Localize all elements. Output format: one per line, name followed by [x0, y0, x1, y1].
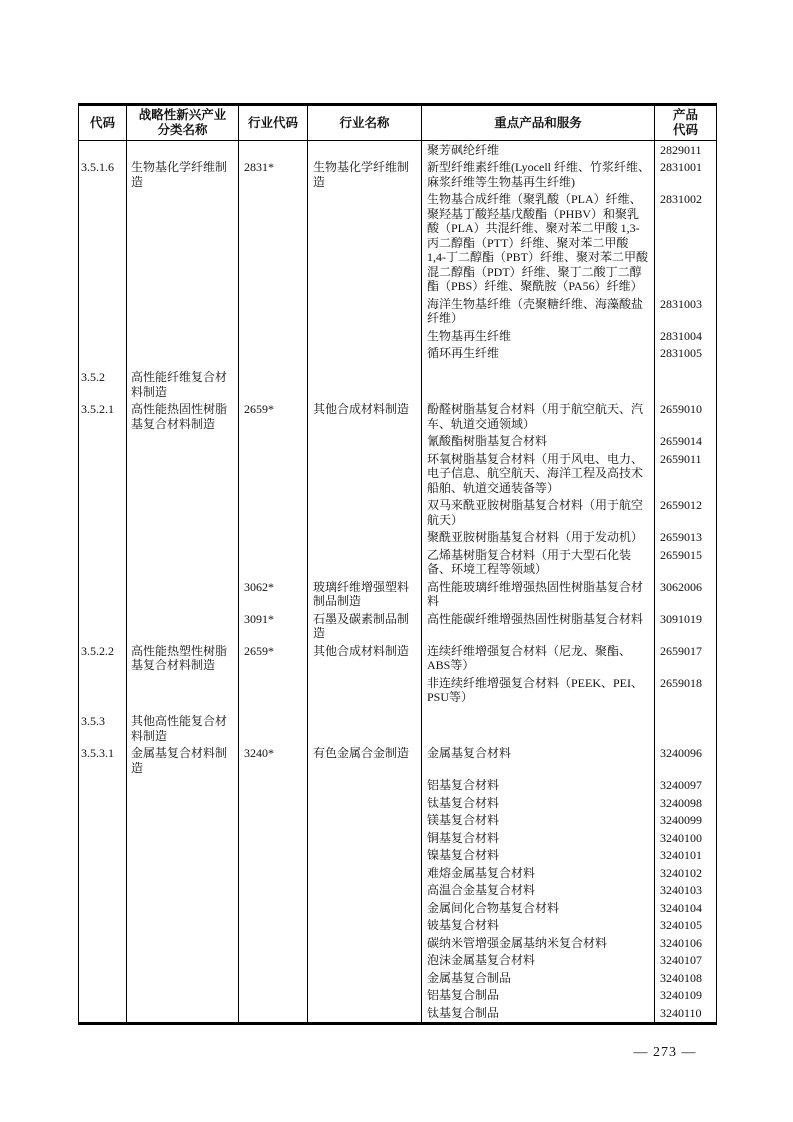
cell-category-name	[127, 917, 239, 935]
cell-category-name	[127, 497, 239, 529]
cell-industry-name	[308, 295, 422, 327]
cell-category-name	[127, 777, 239, 795]
cell-product-code: 3240099	[655, 812, 717, 830]
cell-category-name	[127, 864, 239, 882]
table-row: 3.5.2.2高性能热塑性树脂基复合材料制造2659*其他合成材料制造连续纤维增…	[79, 642, 717, 674]
cell-code	[79, 952, 127, 970]
cell-industry-code	[239, 794, 308, 812]
cell-industry-code	[239, 529, 308, 547]
cell-product-code: 2659011	[655, 450, 717, 497]
cell-industry-name	[308, 969, 422, 987]
table-row: 生物基再生纤维2831004	[79, 327, 717, 345]
cell-industry-name	[308, 706, 422, 745]
table-row: 聚芳砜纶纤维2829011	[79, 141, 717, 159]
table-row: 环氧树脂基复合材料（用于风电、电力、电子信息、航空航天、海洋工程及高技术船舶、轨…	[79, 450, 717, 497]
table-row: 镁基复合材料3240099	[79, 812, 717, 830]
cell-product: 循环再生纤维	[422, 345, 655, 363]
page-footer: — 273 —	[610, 1045, 720, 1061]
cell-product: 金属间化合物基复合材料	[422, 899, 655, 917]
cell-product-code: 3240100	[655, 829, 717, 847]
cell-product-code: 3091019	[655, 610, 717, 642]
cell-industry-code	[239, 987, 308, 1005]
cell-code	[79, 433, 127, 451]
cell-product	[422, 706, 655, 745]
table-row: 钛基复合材料3240098	[79, 794, 717, 812]
cell-product-code	[655, 362, 717, 401]
cell-industry-code	[239, 899, 308, 917]
cell-industry-name	[308, 987, 422, 1005]
cell-code	[79, 578, 127, 610]
cell-product: 金属基复合制品	[422, 969, 655, 987]
cell-code	[79, 917, 127, 935]
cell-industry-name: 其他合成材料制造	[308, 401, 422, 433]
cell-category-name	[127, 882, 239, 900]
page-number: — 273 —	[634, 1045, 697, 1060]
table-row: 双马来酰亚胺树脂基复合材料（用于航空航天）2659012	[79, 497, 717, 529]
header-industry-name: 行业名称	[308, 105, 422, 141]
cell-product: 生物基再生纤维	[422, 327, 655, 345]
document-page: 代码 战略性新兴产业 分类名称 行业代码 行业名称 重点产品和服务 产品 代码 …	[0, 0, 793, 1122]
cell-code	[79, 327, 127, 345]
cell-product-code: 2659014	[655, 433, 717, 451]
cell-product: 环氧树脂基复合材料（用于风电、电力、电子信息、航空航天、海洋工程及高技术船舶、轨…	[422, 450, 655, 497]
table-row: 铝基复合材料3240097	[79, 777, 717, 795]
cell-code	[79, 987, 127, 1005]
cell-product-code: 3240106	[655, 934, 717, 952]
table-row: 乙烯基树脂复合材料（用于大型石化装备、环境工程等领域）2659015	[79, 546, 717, 578]
cell-industry-code	[239, 969, 308, 987]
header-products-services: 重点产品和服务	[422, 105, 655, 141]
table-row: 碳纳米管增强金属基纳米复合材料3240106	[79, 934, 717, 952]
table-row: 3.5.3.1金属基复合材料制造3240*有色金属合金制造金属基复合材料3240…	[79, 745, 717, 777]
cell-code	[79, 191, 127, 296]
cell-category-name	[127, 578, 239, 610]
cell-product: 钛基复合材料	[422, 794, 655, 812]
cell-category-name	[127, 812, 239, 830]
cell-industry-code: 2659*	[239, 642, 308, 674]
cell-product-code: 2659010	[655, 401, 717, 433]
cell-industry-code	[239, 847, 308, 865]
cell-category-name	[127, 829, 239, 847]
cell-code	[79, 610, 127, 642]
cell-product-code: 2831002	[655, 191, 717, 296]
cell-category-name	[127, 1004, 239, 1023]
cell-industry-name	[308, 345, 422, 363]
table-row: 生物基合成纤维（聚乳酸（PLA）纤维、聚羟基丁酸羟基戊酸酯（PHBV）和聚乳酸（…	[79, 191, 717, 296]
cell-code: 3.5.3.1	[79, 745, 127, 777]
cell-code	[79, 847, 127, 865]
cell-product: 钛基复合制品	[422, 1004, 655, 1023]
cell-product: 泡沫金属基复合材料	[422, 952, 655, 970]
cell-product-code: 2659018	[655, 674, 717, 706]
table-row: 3.5.3其他高性能复合材料制造	[79, 706, 717, 745]
header-industry-code: 行业代码	[239, 105, 308, 141]
cell-product: 聚酰亚胺树脂基复合材料（用于发动机）	[422, 529, 655, 547]
cell-product-code: 2659012	[655, 497, 717, 529]
cell-product: 高性能玻璃纤维增强热固性树脂基复合材料	[422, 578, 655, 610]
table-row: 3062*玻璃纤维增强塑料制品制造高性能玻璃纤维增强热固性树脂基复合材料3062…	[79, 578, 717, 610]
cell-category-name	[127, 969, 239, 987]
cell-industry-code	[239, 706, 308, 745]
classification-table: 代码 战略性新兴产业 分类名称 行业代码 行业名称 重点产品和服务 产品 代码 …	[78, 103, 717, 1025]
cell-product-code: 3240104	[655, 899, 717, 917]
cell-industry-name: 其他合成材料制造	[308, 642, 422, 674]
cell-category-name	[127, 295, 239, 327]
cell-product: 铝基复合制品	[422, 987, 655, 1005]
cell-code	[79, 141, 127, 159]
cell-industry-name: 石墨及碳素制品制造	[308, 610, 422, 642]
cell-product	[422, 362, 655, 401]
cell-category-name	[127, 952, 239, 970]
cell-industry-code	[239, 295, 308, 327]
cell-code	[79, 546, 127, 578]
cell-category-name	[127, 674, 239, 706]
cell-industry-name	[308, 141, 422, 159]
cell-industry-name	[308, 934, 422, 952]
cell-industry-name: 生物基化学纤维制造	[308, 159, 422, 191]
cell-code	[79, 529, 127, 547]
table-row: 钛基复合制品3240110	[79, 1004, 717, 1023]
cell-product: 铝基复合材料	[422, 777, 655, 795]
header-code: 代码	[79, 105, 127, 141]
table-row: 铍基复合材料3240105	[79, 917, 717, 935]
cell-industry-name	[308, 191, 422, 296]
cell-product-code: 3240096	[655, 745, 717, 777]
table-row: 非连续纤维增强复合材料（PEEK、PEI、PSU等）2659018	[79, 674, 717, 706]
cell-industry-name	[308, 882, 422, 900]
cell-industry-code	[239, 812, 308, 830]
cell-industry-code	[239, 433, 308, 451]
cell-industry-name	[308, 777, 422, 795]
cell-industry-code: 3240*	[239, 745, 308, 777]
cell-product-code: 3240097	[655, 777, 717, 795]
cell-category-name	[127, 847, 239, 865]
cell-industry-code	[239, 362, 308, 401]
cell-product: 双马来酰亚胺树脂基复合材料（用于航空航天）	[422, 497, 655, 529]
cell-product: 乙烯基树脂复合材料（用于大型石化装备、环境工程等领域）	[422, 546, 655, 578]
cell-category-name	[127, 529, 239, 547]
cell-industry-code	[239, 450, 308, 497]
table-row: 3.5.2.1高性能热固性树脂基复合材料制造2659*其他合成材料制造酚醛树脂基…	[79, 401, 717, 433]
table-row: 泡沫金属基复合材料3240107	[79, 952, 717, 970]
table-row: 铝基复合制品3240109	[79, 987, 717, 1005]
cell-industry-code	[239, 934, 308, 952]
header-category-name: 战略性新兴产业 分类名称	[127, 105, 239, 141]
cell-product: 难熔金属基复合材料	[422, 864, 655, 882]
table-row: 海洋生物基纤维（壳聚糖纤维、海藻酸盐纤维）2831003	[79, 295, 717, 327]
cell-industry-code	[239, 829, 308, 847]
cell-product-code: 3062006	[655, 578, 717, 610]
cell-industry-code	[239, 864, 308, 882]
cell-product-code: 2831004	[655, 327, 717, 345]
cell-product: 高温合金基复合材料	[422, 882, 655, 900]
table-row: 镍基复合材料3240101	[79, 847, 717, 865]
table-row: 金属间化合物基复合材料3240104	[79, 899, 717, 917]
cell-category-name: 其他高性能复合材料制造	[127, 706, 239, 745]
cell-code: 3.5.2.2	[79, 642, 127, 674]
cell-industry-name	[308, 1004, 422, 1023]
cell-industry-code	[239, 952, 308, 970]
cell-category-name	[127, 345, 239, 363]
cell-industry-code: 3091*	[239, 610, 308, 642]
table-body: 聚芳砜纶纤维28290113.5.1.6生物基化学纤维制造2831*生物基化学纤…	[79, 141, 717, 1024]
cell-product-code: 3240107	[655, 952, 717, 970]
cell-industry-name	[308, 899, 422, 917]
cell-industry-name	[308, 450, 422, 497]
cell-category-name	[127, 327, 239, 345]
table-header-row: 代码 战略性新兴产业 分类名称 行业代码 行业名称 重点产品和服务 产品 代码	[79, 105, 717, 141]
cell-code: 3.5.1.6	[79, 159, 127, 191]
cell-code	[79, 864, 127, 882]
cell-product: 新型纤维素纤维(Lyocell 纤维、竹浆纤维、麻浆纤维等生物基再生纤维)	[422, 159, 655, 191]
cell-industry-name	[308, 546, 422, 578]
cell-product: 非连续纤维增强复合材料（PEEK、PEI、PSU等）	[422, 674, 655, 706]
cell-product-code	[655, 706, 717, 745]
cell-product: 海洋生物基纤维（壳聚糖纤维、海藻酸盐纤维）	[422, 295, 655, 327]
cell-industry-code	[239, 141, 308, 159]
cell-industry-name	[308, 362, 422, 401]
cell-industry-name: 有色金属合金制造	[308, 745, 422, 777]
cell-category-name	[127, 141, 239, 159]
cell-product: 连续纤维增强复合材料（尼龙、聚酯、ABS等）	[422, 642, 655, 674]
cell-code	[79, 777, 127, 795]
cell-code: 3.5.3	[79, 706, 127, 745]
cell-product: 生物基合成纤维（聚乳酸（PLA）纤维、聚羟基丁酸羟基戊酸酯（PHBV）和聚乳酸（…	[422, 191, 655, 296]
cell-product: 碳纳米管增强金属基纳米复合材料	[422, 934, 655, 952]
cell-category-name: 高性能热固性树脂基复合材料制造	[127, 401, 239, 433]
cell-industry-code: 2831*	[239, 159, 308, 191]
cell-category-name	[127, 450, 239, 497]
cell-industry-name	[308, 674, 422, 706]
cell-product-code: 3240098	[655, 794, 717, 812]
cell-industry-name	[308, 829, 422, 847]
cell-code	[79, 934, 127, 952]
cell-category-name	[127, 610, 239, 642]
table-row: 高温合金基复合材料3240103	[79, 882, 717, 900]
cell-industry-code	[239, 546, 308, 578]
cell-product-code: 3240109	[655, 987, 717, 1005]
cell-code	[79, 497, 127, 529]
cell-industry-code	[239, 882, 308, 900]
cell-product: 酚醛树脂基复合材料（用于航空航天、汽车、轨道交通领域）	[422, 401, 655, 433]
cell-industry-name	[308, 864, 422, 882]
cell-category-name	[127, 934, 239, 952]
cell-industry-code	[239, 345, 308, 363]
cell-product-code: 2831003	[655, 295, 717, 327]
cell-industry-code	[239, 497, 308, 529]
cell-industry-code	[239, 1004, 308, 1023]
cell-product: 高性能碳纤维增强热固性树脂基复合材料	[422, 610, 655, 642]
cell-industry-name	[308, 433, 422, 451]
cell-industry-name	[308, 327, 422, 345]
cell-code	[79, 295, 127, 327]
cell-industry-code: 2659*	[239, 401, 308, 433]
cell-product: 镍基复合材料	[422, 847, 655, 865]
cell-industry-code	[239, 327, 308, 345]
cell-product-code: 3240103	[655, 882, 717, 900]
table-row: 聚酰亚胺树脂基复合材料（用于发动机）2659013	[79, 529, 717, 547]
cell-industry-code	[239, 917, 308, 935]
cell-product-code: 2659017	[655, 642, 717, 674]
cell-code	[79, 450, 127, 497]
cell-industry-name	[308, 497, 422, 529]
cell-code	[79, 969, 127, 987]
cell-product-code: 2659013	[655, 529, 717, 547]
cell-product-code: 3240105	[655, 917, 717, 935]
cell-category-name: 生物基化学纤维制造	[127, 159, 239, 191]
cell-product: 金属基复合材料	[422, 745, 655, 777]
cell-product-code: 2831001	[655, 159, 717, 191]
cell-product-code: 3240101	[655, 847, 717, 865]
table-row: 铜基复合材料3240100	[79, 829, 717, 847]
cell-industry-code	[239, 777, 308, 795]
cell-industry-name: 玻璃纤维增强塑料制品制造	[308, 578, 422, 610]
cell-industry-name	[308, 529, 422, 547]
table-row: 循环再生纤维2831005	[79, 345, 717, 363]
cell-code	[79, 1004, 127, 1023]
cell-code	[79, 812, 127, 830]
cell-industry-code	[239, 674, 308, 706]
cell-industry-code	[239, 191, 308, 296]
table-row: 3.5.1.6生物基化学纤维制造2831*生物基化学纤维制造新型纤维素纤维(Ly…	[79, 159, 717, 191]
cell-category-name	[127, 899, 239, 917]
cell-code: 3.5.2	[79, 362, 127, 401]
cell-product-code: 3240108	[655, 969, 717, 987]
cell-product: 镁基复合材料	[422, 812, 655, 830]
cell-code: 3.5.2.1	[79, 401, 127, 433]
cell-industry-code: 3062*	[239, 578, 308, 610]
table-row: 3091*石墨及碳素制品制造高性能碳纤维增强热固性树脂基复合材料3091019	[79, 610, 717, 642]
cell-product: 氰酸酯树脂基复合材料	[422, 433, 655, 451]
cell-category-name	[127, 546, 239, 578]
cell-category-name	[127, 987, 239, 1005]
cell-industry-name	[308, 917, 422, 935]
cell-category-name: 高性能热塑性树脂基复合材料制造	[127, 642, 239, 674]
cell-category-name	[127, 191, 239, 296]
cell-code	[79, 899, 127, 917]
cell-product-code: 2829011	[655, 141, 717, 159]
cell-product: 铍基复合材料	[422, 917, 655, 935]
cell-category-name: 金属基复合材料制造	[127, 745, 239, 777]
cell-industry-name	[308, 794, 422, 812]
table-header: 代码 战略性新兴产业 分类名称 行业代码 行业名称 重点产品和服务 产品 代码	[79, 105, 717, 141]
cell-product-code: 3240102	[655, 864, 717, 882]
cell-product-code: 3240110	[655, 1004, 717, 1023]
cell-category-name	[127, 794, 239, 812]
cell-product-code: 2831005	[655, 345, 717, 363]
table-row: 难熔金属基复合材料3240102	[79, 864, 717, 882]
cell-code	[79, 674, 127, 706]
cell-product: 聚芳砜纶纤维	[422, 141, 655, 159]
cell-code	[79, 882, 127, 900]
cell-category-name: 高性能纤维复合材料制造	[127, 362, 239, 401]
table-row: 3.5.2高性能纤维复合材料制造	[79, 362, 717, 401]
cell-code	[79, 794, 127, 812]
cell-industry-name	[308, 812, 422, 830]
cell-industry-name	[308, 952, 422, 970]
table-row: 氰酸酯树脂基复合材料2659014	[79, 433, 717, 451]
cell-product: 铜基复合材料	[422, 829, 655, 847]
cell-industry-name	[308, 847, 422, 865]
table-row: 金属基复合制品3240108	[79, 969, 717, 987]
header-product-code: 产品 代码	[655, 105, 717, 141]
cell-category-name	[127, 433, 239, 451]
cell-product-code: 2659015	[655, 546, 717, 578]
cell-code	[79, 345, 127, 363]
cell-code	[79, 829, 127, 847]
